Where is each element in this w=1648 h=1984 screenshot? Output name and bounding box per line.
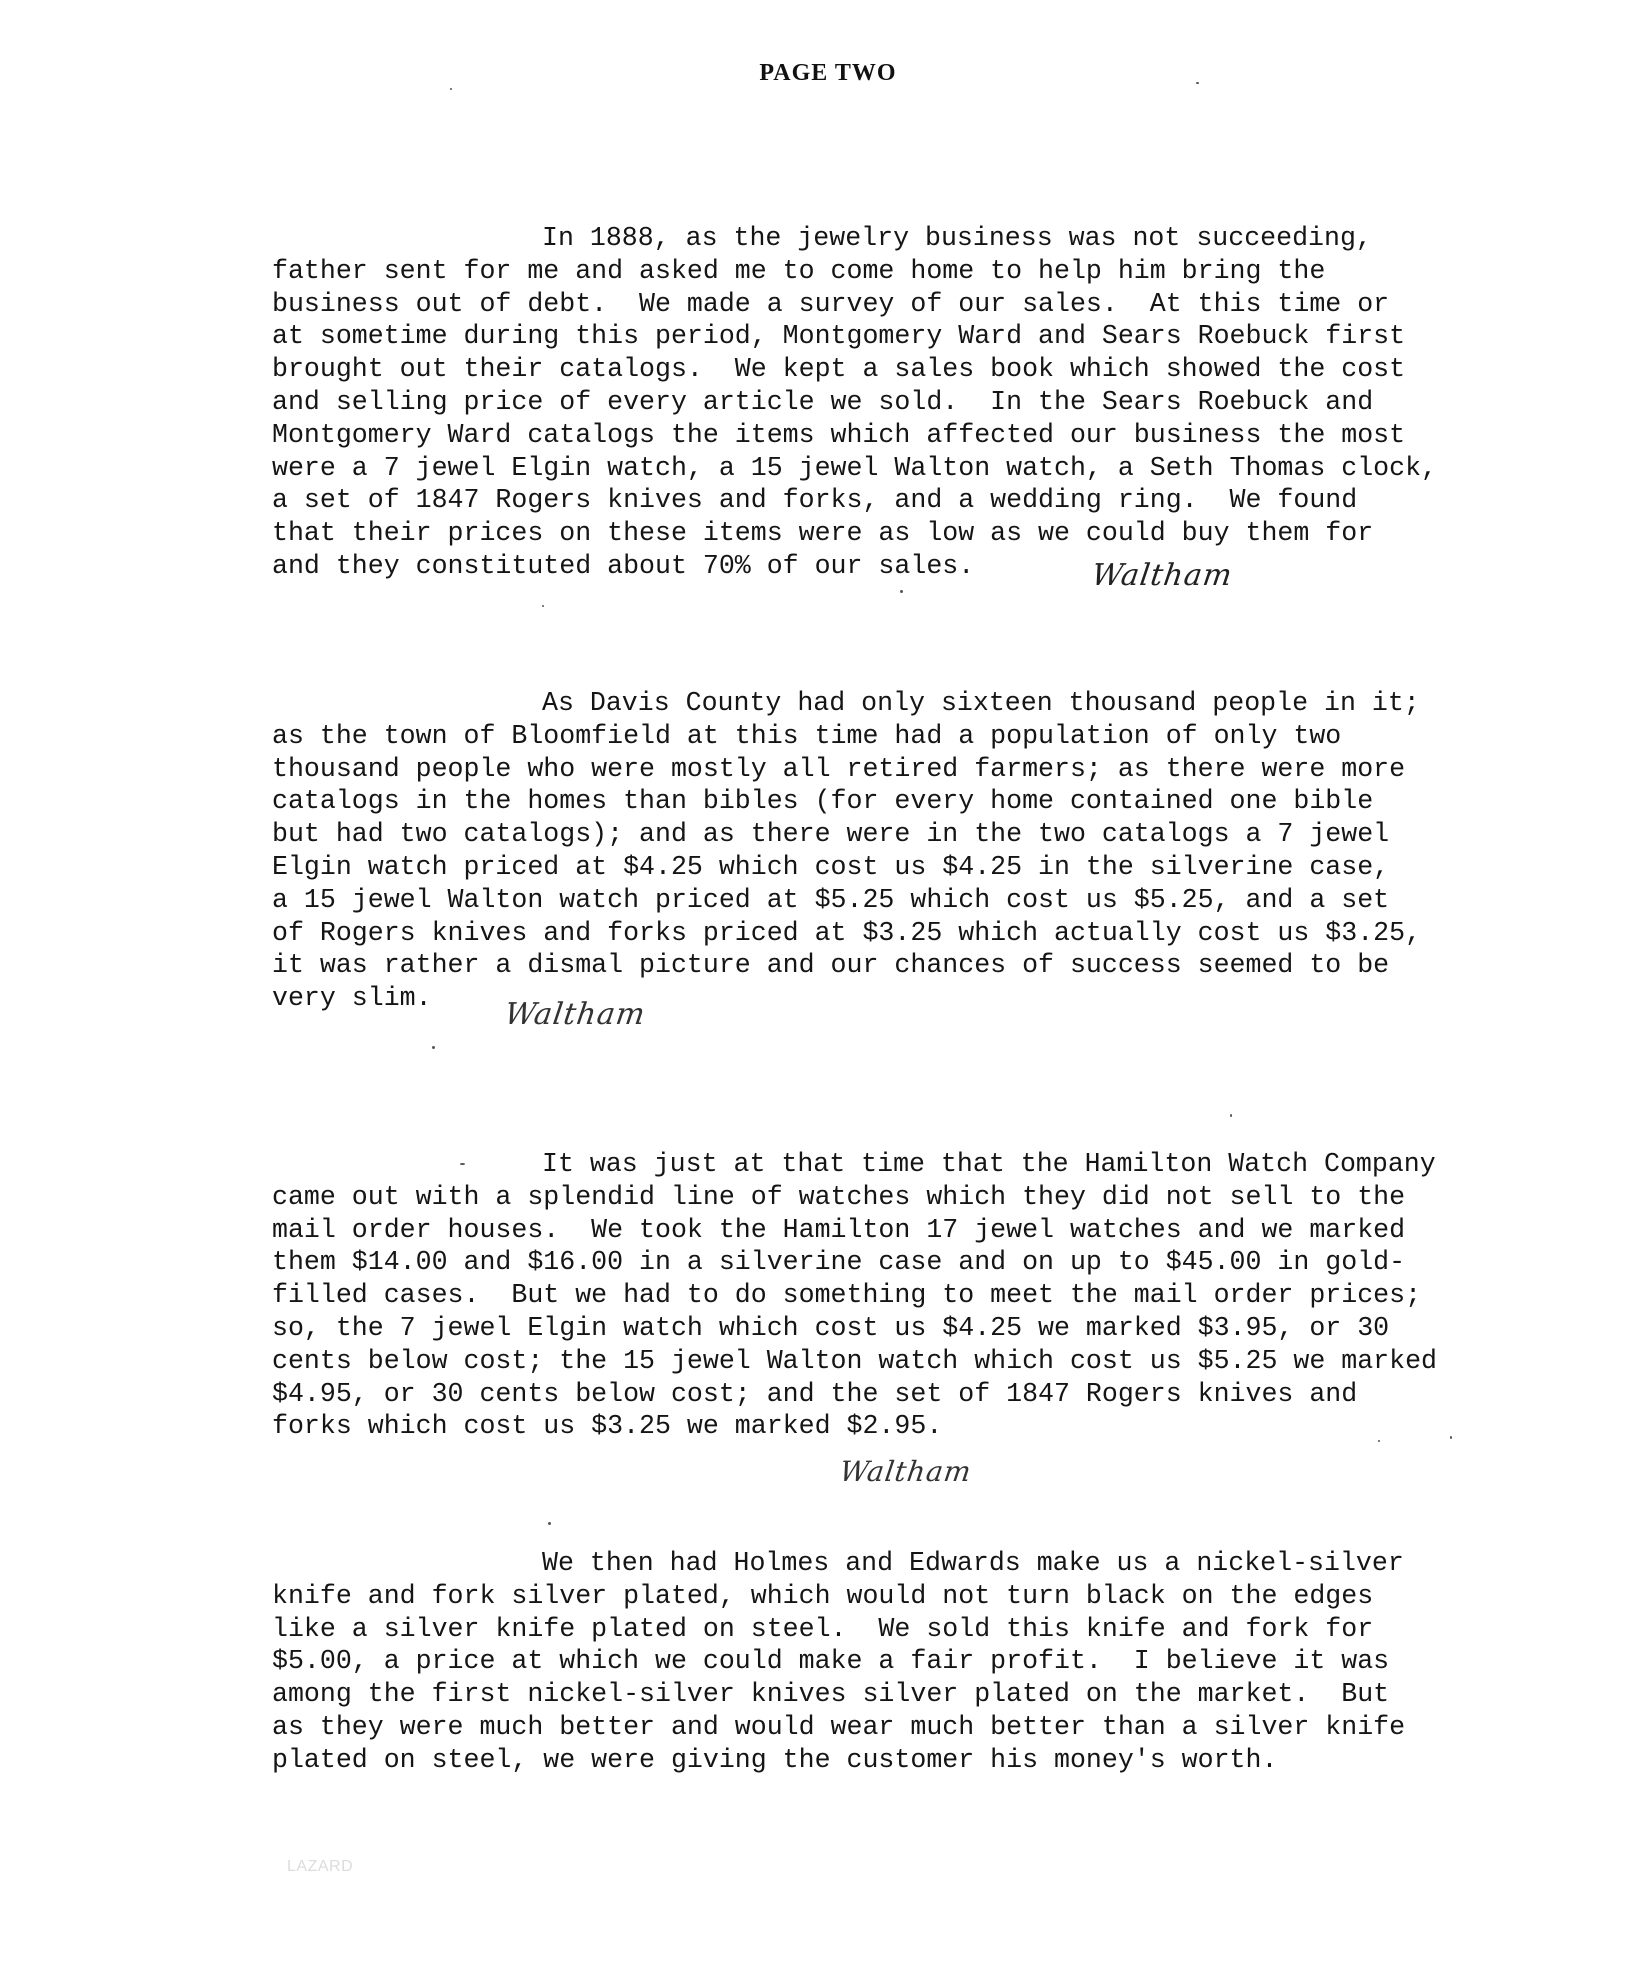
text-line: mail order houses. We took the Hamilton …: [272, 1214, 1492, 1247]
text-line: them $14.00 and $16.00 in a silverine ca…: [272, 1246, 1492, 1279]
text-line: as they were much better and would wear …: [272, 1711, 1492, 1744]
text-line: a 15 jewel Walton watch priced at $5.25 …: [272, 884, 1492, 917]
text-line: In 1888, as the jewelry business was not…: [272, 222, 1492, 255]
text-line: were a 7 jewel Elgin watch, a 15 jewel W…: [272, 452, 1492, 485]
text-line: among the first nickel-silver knives sil…: [272, 1678, 1492, 1711]
text-line: $5.00, a price at which we could make a …: [272, 1645, 1492, 1678]
text-line: so, the 7 jewel Elgin watch which cost u…: [272, 1312, 1492, 1345]
text-line: at sometime during this period, Montgome…: [272, 320, 1492, 353]
text-line: plated on steel, we were giving the cust…: [272, 1744, 1492, 1777]
scan-speck: [1450, 1436, 1452, 1439]
text-line: It was just at that time that the Hamilt…: [272, 1148, 1492, 1181]
scan-speck: [432, 1046, 435, 1049]
scan-speck: [1196, 82, 1199, 84]
text-line: it was rather a dismal picture and our c…: [272, 949, 1492, 982]
text-line: business out of debt. We made a survey o…: [272, 288, 1492, 321]
scan-speck: [450, 88, 452, 90]
scan-speck: [1230, 1114, 1232, 1117]
text-line: and they constituted about 70% of our sa…: [272, 550, 1492, 583]
paragraph-4: We then had Holmes and Edwards make us a…: [272, 1547, 1492, 1777]
text-line: as the town of Bloomfield at this time h…: [272, 720, 1492, 753]
text-line: very slim.: [272, 982, 1492, 1015]
text-line: cents below cost; the 15 jewel Walton wa…: [272, 1345, 1492, 1378]
watermark: LAZARD: [287, 1858, 353, 1876]
text-line: forks which cost us $3.25 we marked $2.9…: [272, 1410, 1492, 1443]
paragraph-1: In 1888, as the jewelry business was not…: [272, 222, 1492, 583]
handwritten-annotation: Waltham: [1090, 558, 1235, 593]
text-line: a set of 1847 Rogers knives and forks, a…: [272, 484, 1492, 517]
text-line: like a silver knife plated on steel. We …: [272, 1613, 1492, 1646]
scan-speck: [1378, 1440, 1380, 1442]
page-title: PAGE TWO: [0, 60, 1648, 87]
text-line: father sent for me and asked me to come …: [272, 255, 1492, 288]
document-page: PAGE TWO In 1888, as the jewelry busines…: [0, 0, 1648, 1984]
text-line: knife and fork silver plated, which woul…: [272, 1580, 1492, 1613]
text-line: filled cases. But we had to do something…: [272, 1279, 1492, 1312]
paragraph-3: It was just at that time that the Hamilt…: [272, 1148, 1492, 1443]
text-line: catalogs in the homes than bibles (for e…: [272, 785, 1492, 818]
scan-speck: [460, 1163, 465, 1165]
text-line: came out with a splendid line of watches…: [272, 1181, 1492, 1214]
text-line: brought out their catalogs. We kept a sa…: [272, 353, 1492, 386]
text-line: but had two catalogs); and as there were…: [272, 818, 1492, 851]
handwritten-annotation: Waltham: [838, 1455, 974, 1488]
scan-speck: [542, 605, 544, 607]
scan-speck: [548, 1522, 551, 1525]
text-line: and selling price of every article we so…: [272, 386, 1492, 419]
text-line: We then had Holmes and Edwards make us a…: [272, 1547, 1492, 1580]
text-line: $4.95, or 30 cents below cost; and the s…: [272, 1378, 1492, 1411]
text-line: that their prices on these items were as…: [272, 517, 1492, 550]
scan-speck: [900, 590, 903, 593]
text-line: Montgomery Ward catalogs the items which…: [272, 419, 1492, 452]
handwritten-annotation: Waltham: [503, 997, 648, 1032]
text-line: Elgin watch priced at $4.25 which cost u…: [272, 851, 1492, 884]
text-line: thousand people who were mostly all reti…: [272, 753, 1492, 786]
text-line: As Davis County had only sixteen thousan…: [272, 687, 1492, 720]
paragraph-2: As Davis County had only sixteen thousan…: [272, 687, 1492, 1015]
text-line: of Rogers knives and forks priced at $3.…: [272, 917, 1492, 950]
